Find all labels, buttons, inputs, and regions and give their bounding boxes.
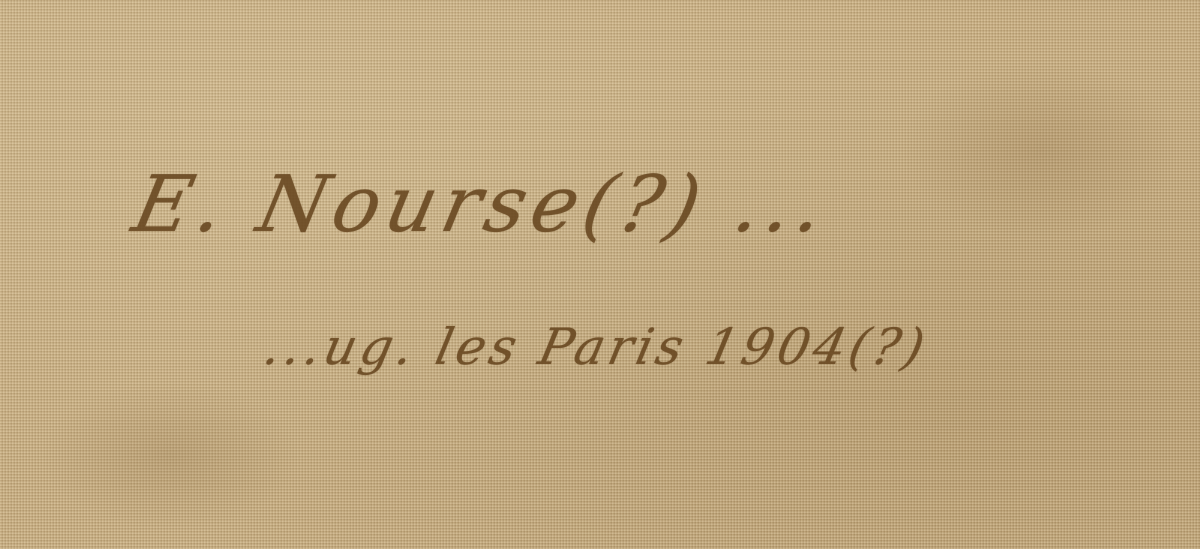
canvas-texture-photo: E. Nourse(?) ... ...ug. les Paris 1904(?… <box>0 0 1200 549</box>
canvas-stain <box>40 380 300 530</box>
inscription-location-date: ...ug. les Paris 1904(?) <box>259 318 934 376</box>
inscription-signature: E. Nourse(?) ... <box>125 160 837 250</box>
canvas-stain <box>900 60 1180 240</box>
